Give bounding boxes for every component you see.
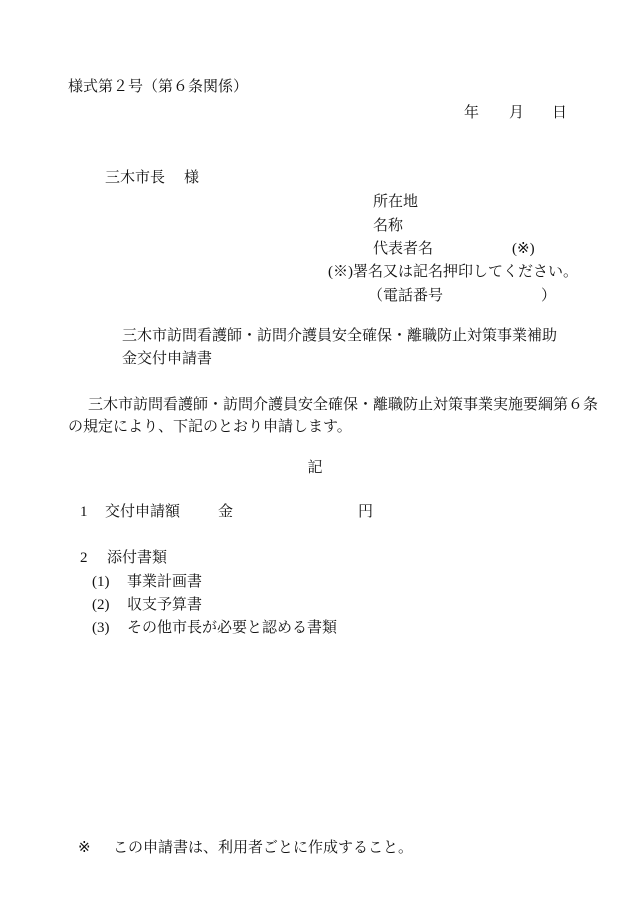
item1-number: 1: [80, 502, 88, 522]
ki-heading: 記: [0, 458, 630, 478]
sign-note: (※)署名又は記名押印してください。: [328, 262, 578, 282]
date-month-label: 月: [509, 103, 524, 123]
attachment-3-label: その他市長が必要と認める書類: [127, 618, 337, 638]
phone-label-close: ）: [541, 286, 556, 306]
amount-currency-prefix: 金: [218, 502, 233, 522]
item2-number: 2: [80, 548, 88, 568]
date-year-label: 年: [464, 103, 479, 123]
date-day-label: 日: [552, 103, 567, 123]
body-paragraph-line2: の規定により、下記のとおり申請します。: [68, 417, 352, 437]
attachment-2-number: (2): [92, 595, 110, 615]
footnote-text: この申請書は、利用者ごとに作成すること。: [113, 838, 413, 858]
attachment-2-label: 収支予算書: [127, 595, 202, 615]
attachment-3-number: (3): [92, 618, 110, 638]
addressee-name: 三木市長: [105, 170, 165, 186]
applicant-location-label: 所在地: [373, 192, 418, 212]
attachment-1-number: (1): [92, 572, 110, 592]
body-paragraph-line1: 三木市訪問看護師・訪問介護員安全確保・離職防止対策事業実施要綱第６条: [88, 395, 598, 415]
addressee-honorific: 様: [184, 170, 199, 186]
document-page: 様式第２号（第６条関係） 年 月 日 三木市長様 所在地 名称 代表者名 (※)…: [0, 0, 630, 903]
applicant-name-label: 名称: [373, 216, 403, 236]
amount-currency-suffix: 円: [358, 502, 373, 522]
phone-label-open: （電話番号: [368, 286, 443, 306]
form-number: 様式第２号（第６条関係）: [68, 77, 248, 97]
footnote-mark: ※: [78, 838, 91, 858]
document-title-line2: 金交付申請書: [122, 349, 212, 369]
document-title-line1: 三木市訪問看護師・訪問介護員安全確保・離職防止対策事業補助: [122, 326, 557, 346]
item1-label: 交付申請額: [105, 502, 180, 522]
addressee-line: 三木市長様: [90, 148, 199, 208]
item2-label: 添付書類: [107, 548, 167, 568]
representative-sign-mark: (※): [512, 239, 535, 259]
applicant-representative-label: 代表者名: [373, 239, 433, 259]
attachment-1-label: 事業計画書: [127, 572, 202, 592]
